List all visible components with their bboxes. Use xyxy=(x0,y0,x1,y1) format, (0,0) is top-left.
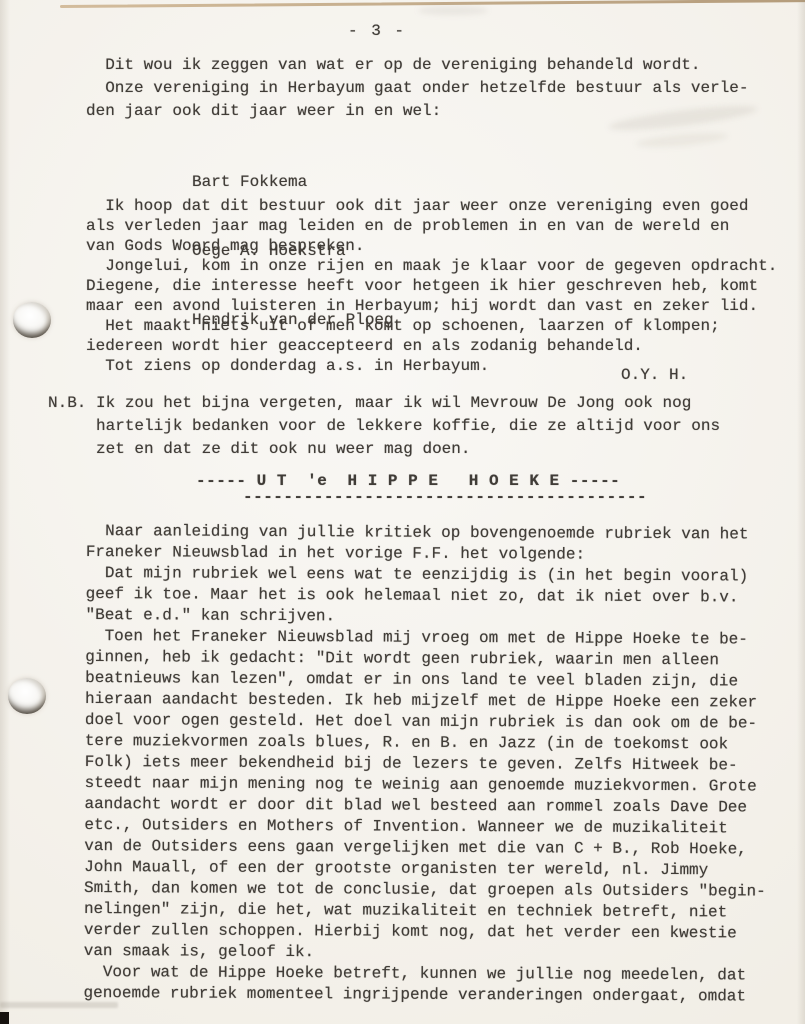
board-member: Bart Fokkema xyxy=(192,171,394,194)
paragraph-hope: Ik hoop dat dit bestuur ook dit jaar wee… xyxy=(86,196,777,376)
paragraph-intro: Dit wou ik zeggen van wat er op de veren… xyxy=(86,54,749,123)
page-number: - 3 - xyxy=(348,20,406,43)
page-right-edge-shadow xyxy=(797,0,805,1024)
scanned-page: - 3 - Dit wou ik zeggen van wat er op de… xyxy=(0,0,805,1024)
signature: O.Y. H. xyxy=(621,364,688,387)
nb-note: N.B. Ik zou het bijna vergeten, maar ik … xyxy=(48,392,720,461)
punch-hole-bottom xyxy=(8,678,46,714)
ink-bleed-smudge xyxy=(636,130,729,150)
paragraph-hippe-hoeke: Naar aanleiding van jullie kritiek op bo… xyxy=(83,521,767,1008)
page-left-edge-shadow xyxy=(0,0,10,1024)
punch-hole-top xyxy=(13,302,51,338)
scan-corner-mark xyxy=(0,1012,9,1024)
section-heading-underline: ---------------------------------------- xyxy=(243,486,647,509)
ink-bleed-smudge xyxy=(418,6,488,15)
